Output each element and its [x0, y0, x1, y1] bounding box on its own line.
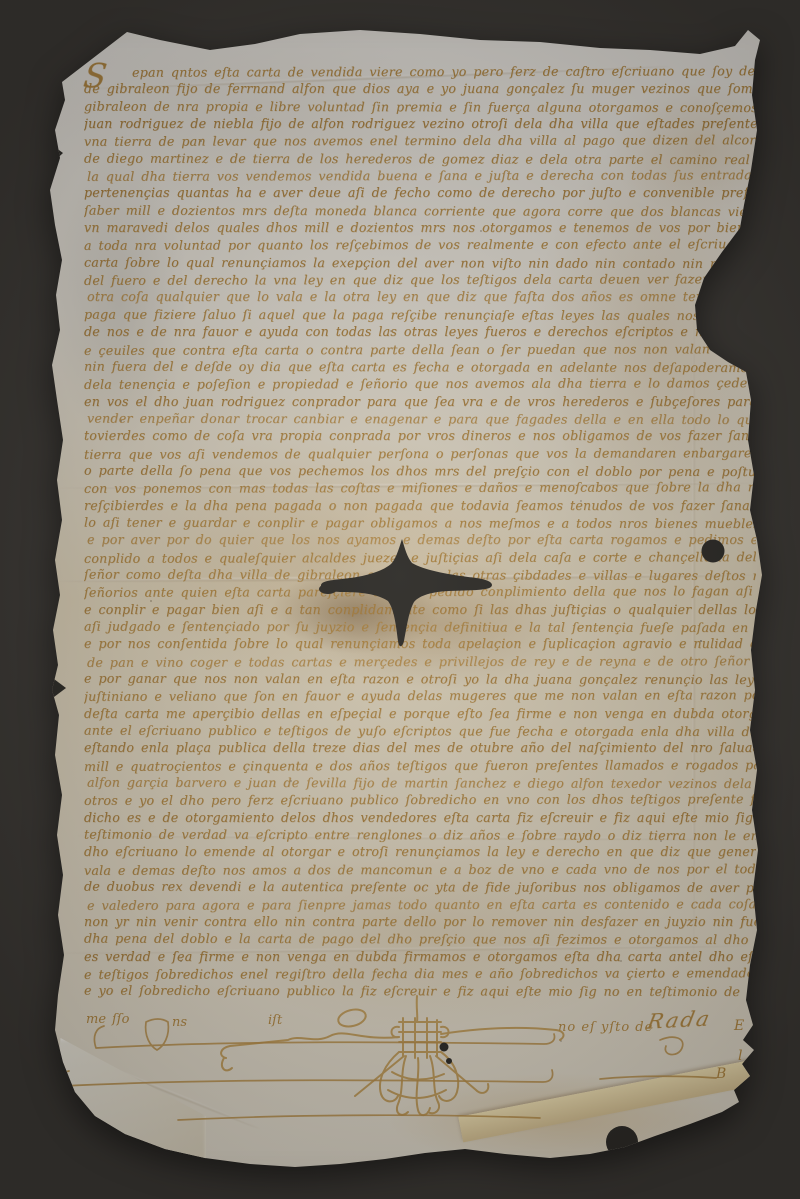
notarial-note: no eſ yſto de — [558, 1020, 653, 1035]
margin-letter: E — [734, 1018, 744, 1034]
manuscript-line: deſta carta me aperçibio dellas en eſpeç… — [84, 705, 756, 722]
manuscript-line: paga que fiziere ſaluo ſi aquel que la p… — [84, 305, 756, 324]
manuscript-line: teſtimonio de verdad va eſcripto entre r… — [84, 826, 756, 845]
pin-hole — [446, 1058, 452, 1064]
manuscript-line: e teſtigos ſobredichos enel regiſtro del… — [84, 964, 756, 983]
manuscript-line: dha pena del doblo e la carta de pago de… — [84, 930, 756, 949]
manuscript-line: juan rodriguez de niebla fijo de alfon r… — [84, 115, 756, 132]
notary-rubric-name: Rada — [645, 1006, 713, 1033]
manuscript-line: ſaber mill e dozientos mrs deſta moneda … — [84, 201, 756, 220]
manuscript-line: a toda nra voluntad por quanto los reſçe… — [84, 236, 756, 255]
pin-hole — [440, 1043, 449, 1052]
manuscript-line: tierra que vos aſi vendemos de qualquier… — [84, 444, 756, 463]
manuscript-line: vna tierra de pan levar que nos avemos e… — [84, 132, 756, 151]
manuscript-line: de nos e de nra fauor e ayuda con todas … — [84, 323, 756, 340]
manuscript-line: del fuero e del derecho la vna ley en qu… — [84, 270, 756, 289]
manuscript-line: vala e demas deſto nos amos a dos de man… — [84, 860, 756, 879]
manuscript-line: de gibraleon fijo de ferrnand alfon que … — [84, 80, 756, 97]
manuscript-line: dela tenençia e poſeſion e propiedad e ſ… — [84, 374, 756, 393]
parchment-surface: S epan qntos eſta carta de vendida viere… — [0, 0, 800, 1199]
margin-letter: l — [738, 1048, 742, 1064]
manuscript-line: carta ſobre lo qual renunçiamos la exepç… — [84, 253, 756, 272]
manuscript-line: en vos el dho juan rodriguez conprador p… — [84, 393, 756, 410]
manuscript-line: reſçibierdes e la dha pena pagada o non … — [84, 497, 756, 514]
ink-speckles — [60, 80, 62, 82]
manuscript-line: de duobus rex devendi e la autentica pre… — [84, 878, 756, 897]
bottom-edge-hole — [606, 1126, 638, 1158]
manuscript-line: ante el eſcriuano publico e teſtigos de … — [84, 722, 756, 741]
manuscript-line: e por aver por do quier que los nos ayam… — [84, 531, 756, 548]
manuscript-line: de diego martinez e de tierra de los her… — [84, 149, 756, 168]
parchment-sheet: S epan qntos eſta carta de vendida viere… — [0, 0, 800, 1199]
manuscript-line: con vos ponemos con mas todas las coſtas… — [84, 478, 756, 497]
closing-fragment: me — [86, 1012, 106, 1027]
manuscript-line: gibraleon de nra propia e libre voluntad… — [84, 97, 756, 116]
closing-fragment: ſſo — [112, 1012, 129, 1027]
manuscript-line: de pan e vino coger e todas cartas e mer… — [84, 652, 756, 671]
manuscript-line: aſi judgado e ſentençiado por ſu juyzio … — [84, 618, 756, 637]
manuscript-line: dicho es e de otorgamiento delos dhos ve… — [84, 809, 756, 826]
manuscript-line: la qual dha tierra vos vendemos vendida … — [84, 166, 756, 185]
manuscript-line: e conplir e pagar bien aſi e a tan conpl… — [84, 601, 756, 618]
manuscript-line: eſtando enla plaça publica della treze d… — [84, 739, 756, 756]
margin-letter: B — [716, 1066, 726, 1082]
folded-edge-bottom-right — [458, 1060, 757, 1143]
manuscript-line: mill e quatroçientos e çinquenta e dos a… — [84, 756, 756, 775]
manuscript-line: es verdad e ſea firme e non venga en dub… — [84, 948, 756, 965]
closing-fragment: iſt — [268, 1013, 282, 1028]
manuscript-line: e yo el ſobredicho eſcriuano publico la … — [84, 982, 756, 1000]
manuscript-text-block: epan qntos eſta carta de vendida viere c… — [84, 63, 756, 1000]
left-edge-notch — [50, 676, 66, 700]
left-edge-notch — [48, 142, 63, 166]
folded-corner-bottom-left — [56, 1038, 206, 1164]
manuscript-line: pertenençias quantas ha e aver deue aſi … — [84, 184, 756, 201]
manuscript-line: dho eſcriuano lo emende al otorgar e otr… — [84, 843, 756, 860]
manuscript-line: ſeñorios ante quien eſta carta pareſçier… — [84, 582, 756, 601]
manuscript-line: epan qntos eſta carta de vendida viere c… — [84, 63, 756, 81]
manuscript-line: lo aſi tener e guardar e conplir e pagar… — [84, 514, 756, 533]
manuscript-line: conplido a todos e qualeſquier alcaldes … — [84, 548, 756, 567]
manuscript-line: otra coſa qualquier que lo vala e la otr… — [84, 288, 756, 305]
manuscript-line: non yr nin venir contra ello nin contra … — [84, 913, 756, 930]
manuscript-line: juſtiniano e veliano que ſon en fauor e … — [84, 687, 756, 706]
manuscript-line: vender enpeñar donar trocar canbiar e en… — [84, 409, 756, 428]
closing-fragment: ns — [172, 1015, 187, 1030]
manuscript-line: e valedero para agora e para ſienpre jam… — [84, 895, 756, 914]
manuscript-line: tovierdes como de coſa vra propia conpra… — [84, 427, 756, 444]
manuscript-line: e por nos conſentida ſobre lo qual renun… — [84, 635, 756, 652]
photograph-backdrop: { "scene": { "backdrop_color": "#3a3733"… — [0, 0, 800, 1199]
manuscript-line: otros e yo el dho pero ferz eſcriuano pu… — [84, 791, 756, 810]
manuscript-line: nin fuera del e deſde oy dia que eſta ca… — [84, 357, 756, 376]
manuscript-line: e çeuiles que contra eſta carta o contra… — [84, 340, 756, 359]
manuscript-line: vn maravedi delos quales dhos mill e doz… — [84, 219, 756, 236]
